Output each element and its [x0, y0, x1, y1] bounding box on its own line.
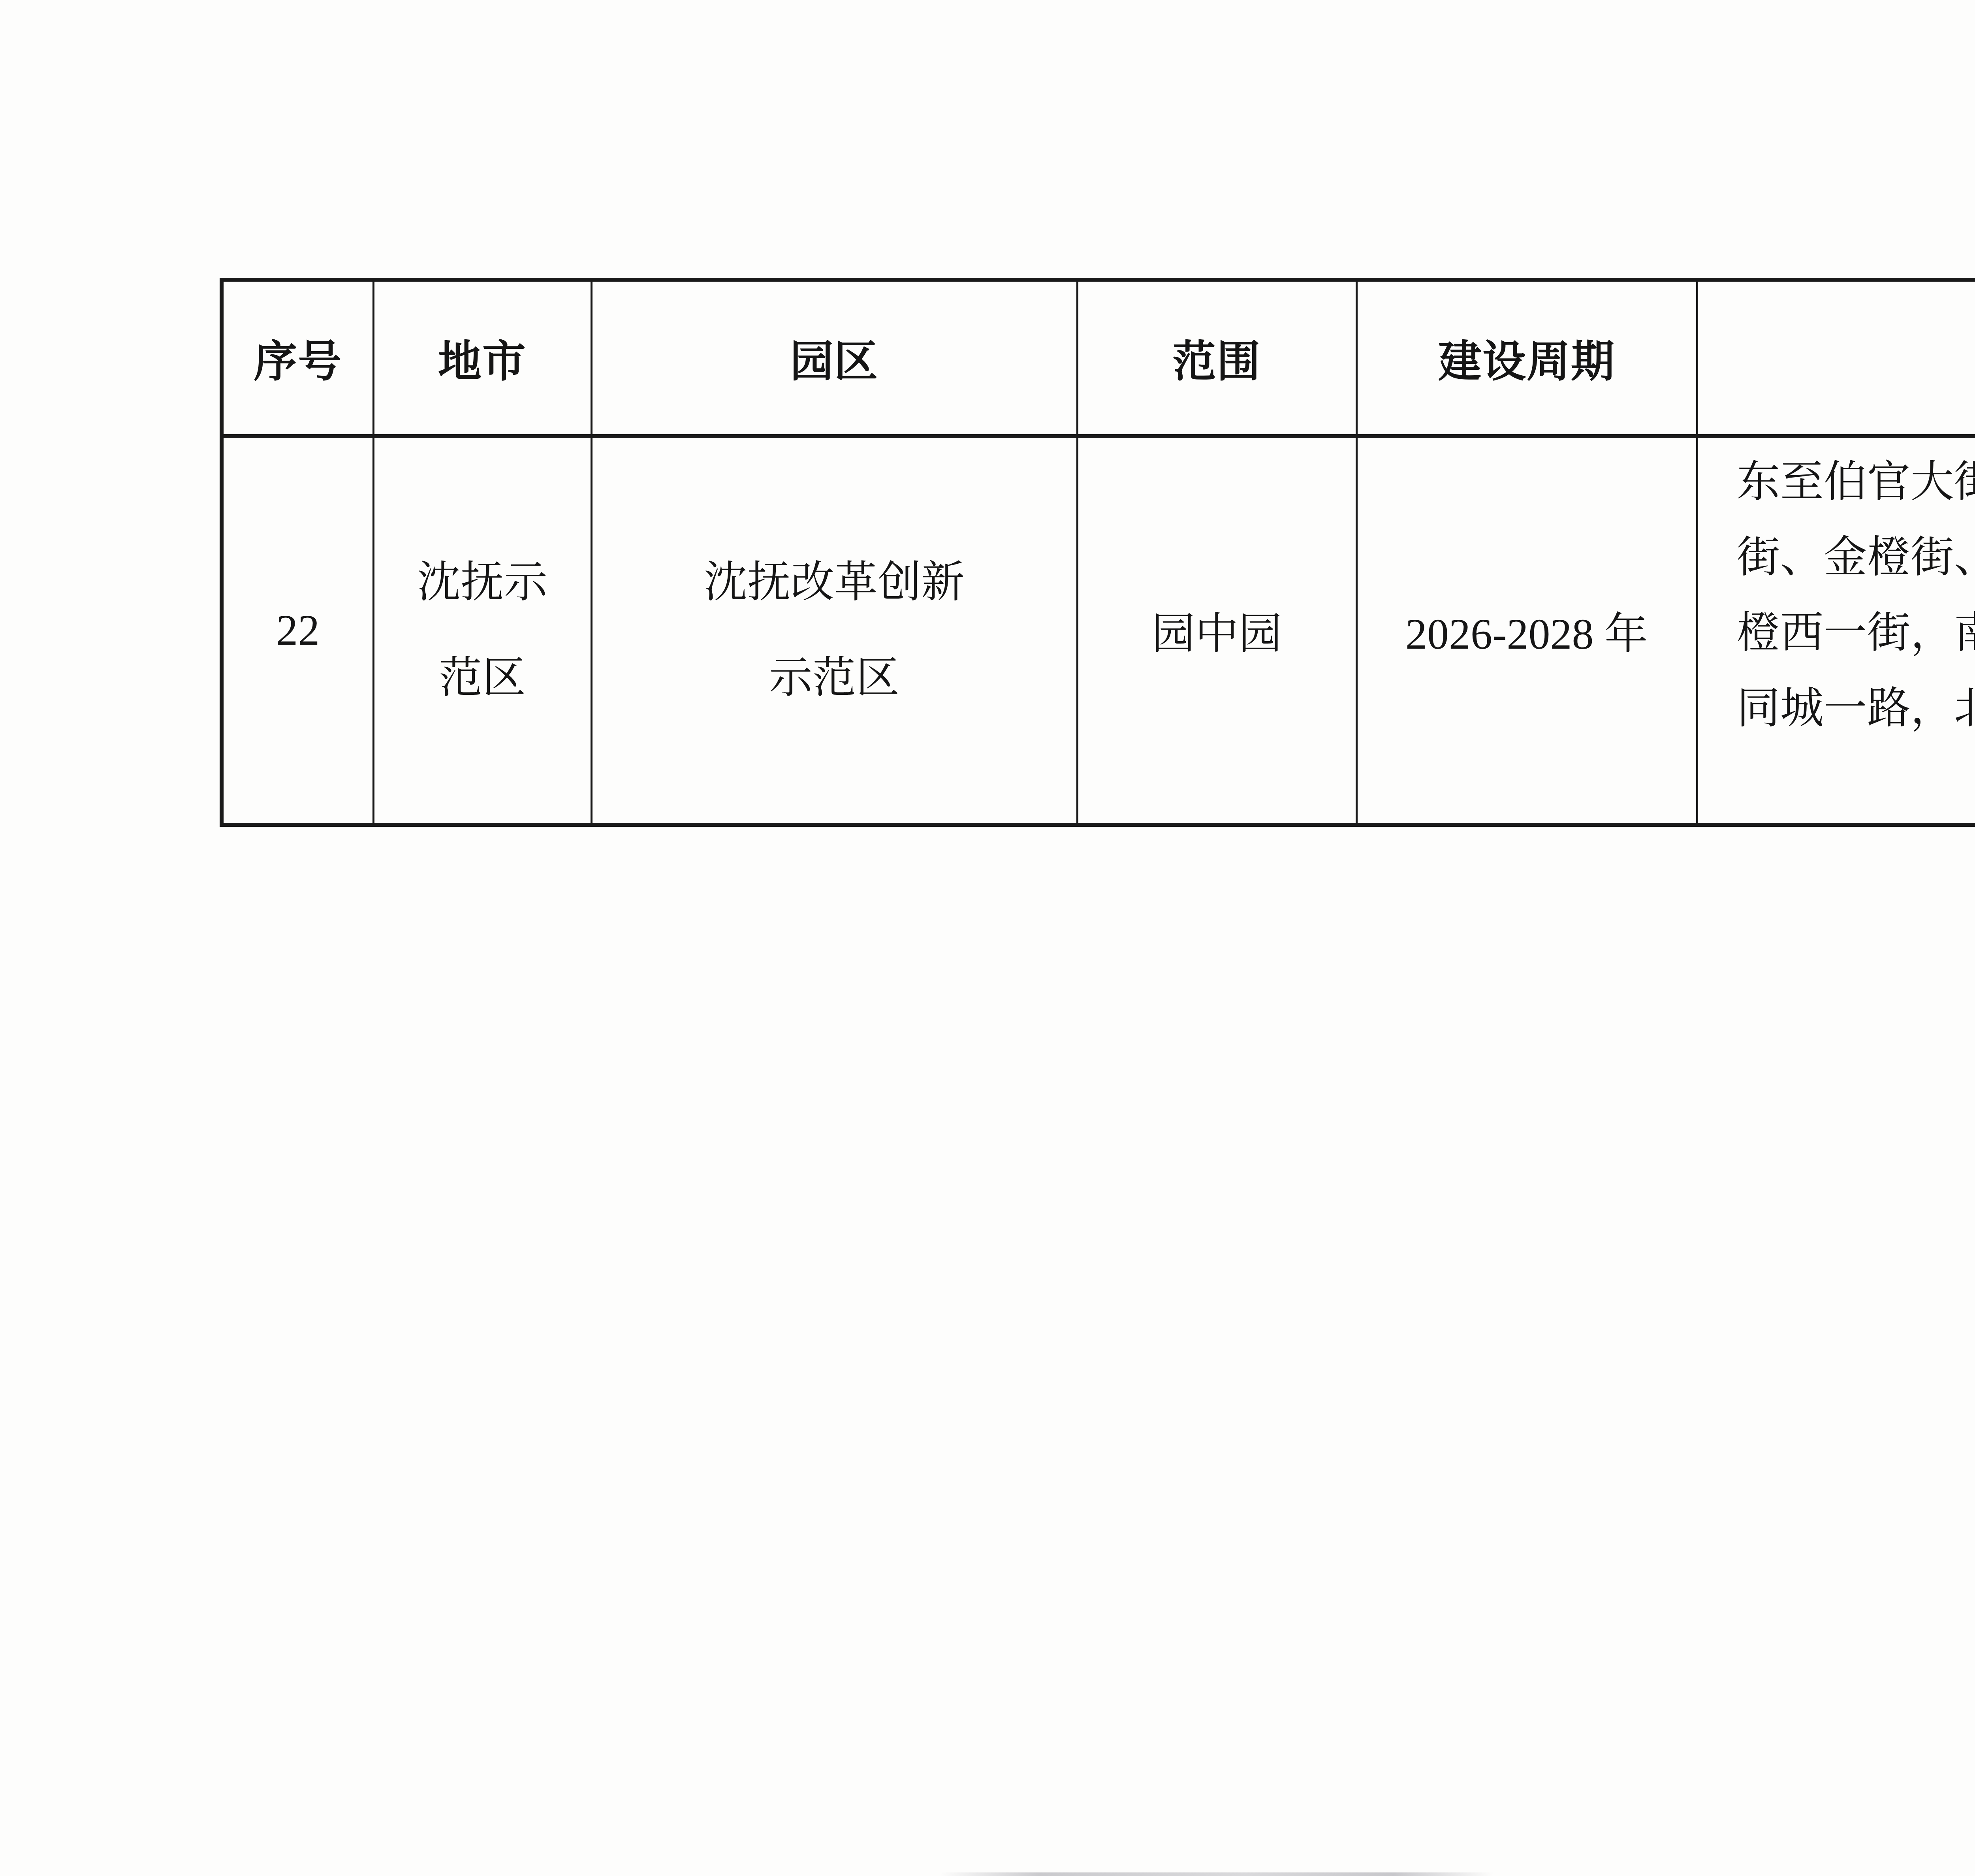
col-header-period: 建设周期 — [1356, 280, 1697, 436]
table-row: 22 沈抚示范区 沈抚改革创新示范区 园中园 2026-2028 年 东至伯官大… — [222, 436, 1975, 825]
table-header-row: 序号 地市 园区 范围 建设周期 备注 — [222, 280, 1975, 436]
col-header-serial: 序号 — [222, 280, 373, 436]
parks-table: 序号 地市 园区 范围 建设周期 备注 22 沈抚示范区 沈抚改革创新示范区 园… — [220, 278, 1975, 827]
col-header-city: 地市 — [373, 280, 591, 436]
document-page: 序号 地市 园区 范围 建设周期 备注 22 沈抚示范区 沈抚改革创新示范区 园… — [0, 0, 1975, 1876]
cell-park-name: 沈抚改革创新示范区 — [591, 436, 1077, 825]
col-header-park: 园区 — [591, 280, 1077, 436]
scan-edge-artifact — [940, 1872, 1493, 1876]
cell-remark: 东至伯官大街与伯官东街，西至伯官大街、金橙街、金橙东四街、榆园路与金橙西一街，南… — [1697, 436, 1975, 825]
cell-city: 沈抚示范区 — [373, 436, 591, 825]
col-header-scope: 范围 — [1077, 280, 1356, 436]
cell-construction-period: 2026-2028 年 — [1356, 436, 1697, 825]
col-header-remark: 备注 — [1697, 280, 1975, 436]
cell-serial-number: 22 — [222, 436, 373, 825]
cell-scope: 园中园 — [1077, 436, 1356, 825]
